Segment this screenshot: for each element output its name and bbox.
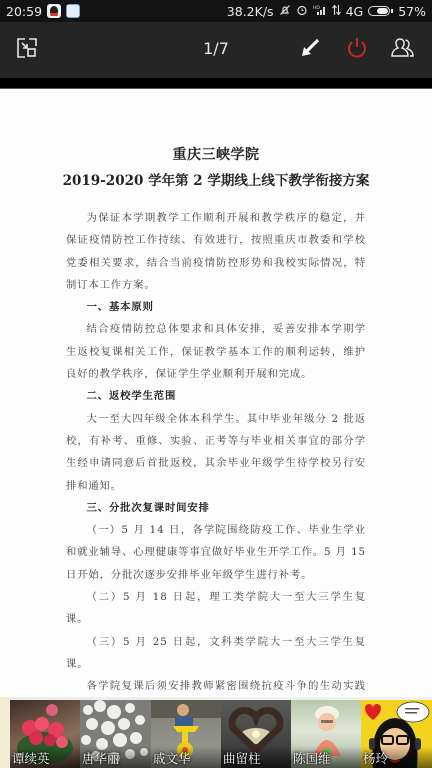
section-heading-principles: 一、基本原则	[66, 296, 366, 318]
participant-name: 陈国维	[293, 749, 331, 767]
qq-icon	[47, 4, 61, 18]
participant-tile[interactable]: 陈国维	[291, 700, 361, 768]
participant-tile[interactable]: 唐华丽	[80, 700, 151, 768]
network-type: 4G	[346, 4, 364, 19]
network-speed: 38.2K/s	[227, 4, 274, 19]
participant-name: 唐华丽	[82, 749, 120, 767]
document-title-plan: 2019-2020 学年第 2 学期线上线下教学衔接方案	[0, 169, 432, 189]
document-body: 为保证本学期教学工作顺利开展和教学秩序的稳定，并保证疫情防控工作持续、有效进行，…	[66, 207, 366, 697]
hd-signal-icon: HD	[313, 4, 327, 19]
status-right: 38.2K/s HD 4G 57%	[227, 4, 426, 19]
participant-name: 谭续英	[12, 749, 50, 767]
minimize-window-button[interactable]	[5, 22, 49, 78]
data-arrows-icon	[332, 4, 341, 19]
minimize-window-icon	[16, 37, 38, 63]
intro-paragraph: 为保证本学期教学工作顺利开展和教学秩序的稳定，并保证疫情防控工作持续、有效进行，…	[66, 207, 366, 296]
status-left: 20:59	[6, 4, 80, 19]
participant-tile[interactable]: 杨玲	[361, 700, 432, 768]
section-heading-scope: 二、返校学生范围	[66, 385, 366, 407]
section-heading-schedule: 三、分批次复课时间安排	[66, 497, 366, 519]
meeting-toolbar: 1/7	[0, 22, 432, 78]
participants-button[interactable]	[382, 22, 426, 78]
power-icon	[345, 36, 369, 64]
shared-document[interactable]: 重庆三峡学院 2019-2020 学年第 2 学期线上线下教学衔接方案 为保证本…	[0, 89, 432, 697]
closing-paragraph: 各学院复课后须安排教师紧密围绕抗疫斗争的生动实践上	[66, 675, 366, 697]
schedule-item-1: （一）5 月 14 日，各学院围绕防疫工作、毕业生学业和就业辅导、心理健康等事宜…	[66, 519, 366, 586]
alarm-icon	[296, 4, 308, 19]
participant-name: 戚文华	[153, 749, 191, 767]
document-title-institution: 重庆三峡学院	[0, 144, 432, 164]
status-bar: 20:59 38.2K/s HD 4G 57%	[0, 0, 432, 22]
participant-name: 杨玲	[363, 749, 388, 767]
battery-icon	[368, 6, 393, 16]
annotate-arrow-button[interactable]	[288, 22, 332, 78]
notifications-off-icon	[279, 4, 291, 19]
participants-icon	[391, 36, 417, 64]
toolbar-divider	[0, 78, 432, 89]
schedule-item-3: （三）5 月 25 日起，文科类学院大一至大三学生复课。	[66, 631, 366, 676]
participant-tile[interactable]: 戚文华	[151, 700, 221, 768]
schedule-item-2: （二）5 月 18 日起，理工类学院大一至大三学生复课。	[66, 586, 366, 631]
participant-name: 曲留柱	[223, 749, 261, 767]
participant-video-strip[interactable]: 谭续英 唐华丽 戚文华	[0, 697, 432, 768]
chat-icon	[66, 4, 80, 18]
participant-tile[interactable]: 曲留柱	[221, 700, 291, 768]
svg-text:HD: HD	[313, 5, 320, 11]
battery-percent: 57%	[398, 4, 426, 19]
leave-meeting-button[interactable]	[335, 22, 379, 78]
participant-tile[interactable]: 谭续英	[10, 700, 80, 768]
status-time: 20:59	[6, 4, 42, 19]
principles-paragraph: 结合疫情防控总体要求和具体安排，妥善安排本学期学生返校复课相关工作，保证教学基本…	[66, 318, 366, 385]
scope-paragraph: 大一至大四年级全体本科学生。其中毕业年级分 2 批返校，有补考、重修、实验、正考…	[66, 408, 366, 497]
arrow-pointer-icon	[299, 37, 321, 63]
